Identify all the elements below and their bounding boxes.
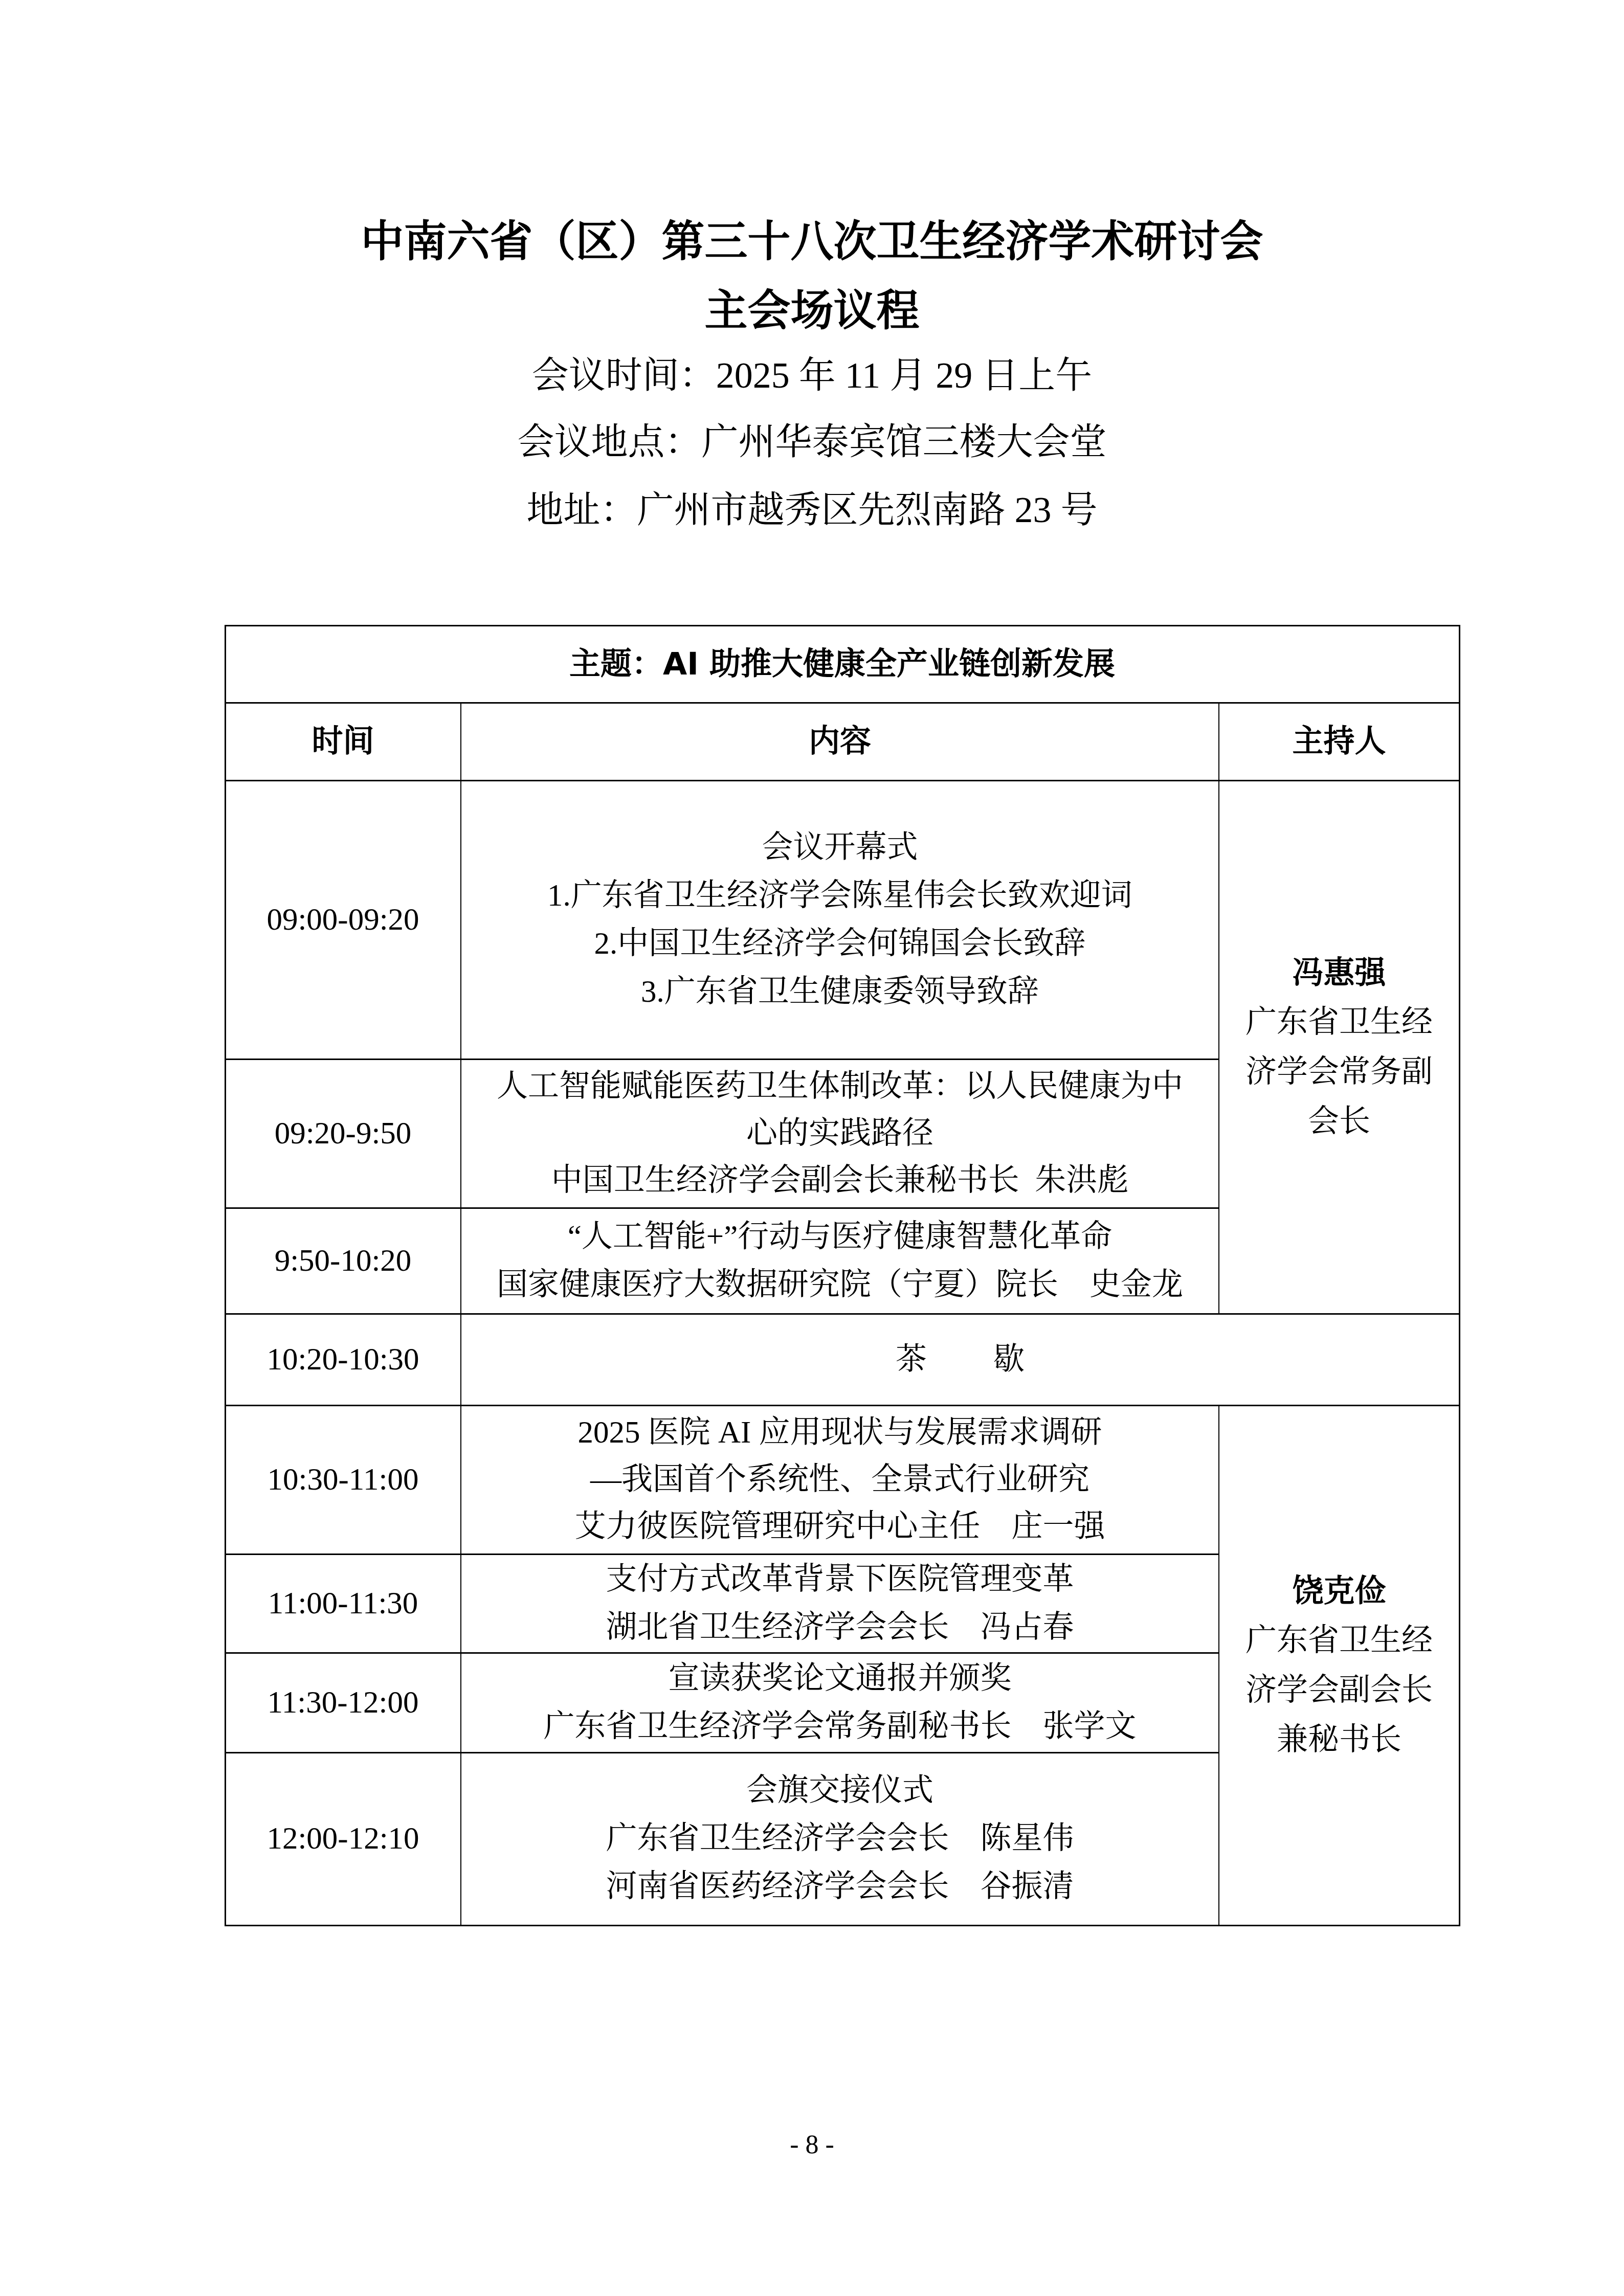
host-title: 广东省卫生经 [1245, 998, 1433, 1047]
meeting-time: 会议时间：2025 年 11 月 29 日上午 [0, 345, 1624, 398]
session-speaker: 国家健康医疗大数据研究院（宁夏）院长 史金龙 [497, 1261, 1183, 1309]
table-column-divider [1218, 703, 1219, 1314]
table-divider [225, 1207, 1219, 1209]
host-cell: 饶克俭 广东省卫生经 济学会副会长 兼秘书长 [1219, 1405, 1459, 1925]
time-slot: 09:00-09:20 [266, 896, 419, 944]
column-header-time: 时间 [225, 703, 461, 780]
table-divider [225, 1313, 1460, 1315]
tea-break-cell: 茶 歇 [461, 1314, 1459, 1405]
table-row-content: 人工智能赋能医药卫生体制改革：以人民健康为中 心的实践路径 中国卫生经济学会副会… [461, 1059, 1219, 1208]
table-row-content: 2025 医院 AI 应用现状与发展需求调研 —我国首个系统性、全景式行业研究 … [461, 1405, 1219, 1554]
host-cell: 冯惠强 广东省卫生经 济学会常务副 会长 [1219, 780, 1459, 1314]
table-divider [225, 1405, 1460, 1406]
session-item: 3.广东省卫生健康委领导致辞 [641, 968, 1039, 1016]
table-row-time: 9:50-10:20 [225, 1208, 461, 1314]
session-title: 2025 医院 AI 应用现状与发展需求调研 [577, 1409, 1102, 1456]
session-title: 会议开幕式 [762, 824, 918, 872]
tea-break-label: 歇 [993, 1336, 1025, 1384]
table-row-content: 支付方式改革背景下医院管理变革 湖北省卫生经济学会会长 冯占春 [461, 1554, 1219, 1653]
table-row-time: 10:20-10:30 [225, 1314, 461, 1405]
time-slot: 10:20-10:30 [266, 1336, 419, 1384]
session-title: 人工智能赋能医药卫生体制改革：以人民健康为中 [497, 1063, 1183, 1110]
table-theme: 主题：AI 助推大健康全产业链创新发展 [225, 625, 1459, 703]
meeting-venue: 会议地点：广州华泰宾馆三楼大会堂 [0, 412, 1624, 465]
document-title: 中南六省（区）第三十八次卫生经济学术研讨会 [0, 207, 1624, 269]
table-row-content: 会议开幕式 1.广东省卫生经济学会陈星伟会长致欢迎词 2.中国卫生经济学会何锦国… [461, 780, 1219, 1059]
table-row-content: 宣读获奖论文通报并颁奖 广东省卫生经济学会常务副秘书长 张学文 [461, 1653, 1219, 1752]
column-header-content-label: 内容 [809, 717, 871, 766]
column-header-host: 主持人 [1219, 703, 1459, 780]
table-border-top [225, 625, 1460, 626]
session-speaker: 河南省医药经济学会会长 谷振清 [606, 1863, 1074, 1911]
table-row-time: 11:00-11:30 [225, 1554, 461, 1653]
table-row-time: 10:30-11:00 [225, 1405, 461, 1554]
session-title: “人工智能+”行动与医疗健康智慧化革命 [568, 1213, 1113, 1261]
time-slot: 12:00-12:10 [266, 1815, 419, 1863]
session-title: 支付方式改革背景下医院管理变革 [606, 1556, 1074, 1604]
table-divider [225, 702, 1460, 704]
session-speaker: 广东省卫生经济学会会长 陈星伟 [606, 1815, 1074, 1863]
session-title: 宣读获奖论文通报并颁奖 [668, 1655, 1011, 1703]
theme-text: 主题：AI 助推大健康全产业链创新发展 [569, 640, 1115, 688]
host-title: 广东省卫生经 [1245, 1616, 1433, 1665]
host-name: 饶克俭 [1292, 1566, 1386, 1616]
table-divider [225, 1059, 1219, 1060]
time-slot: 9:50-10:20 [275, 1237, 412, 1285]
session-item: 2.中国卫生经济学会何锦国会长致辞 [594, 920, 1086, 968]
table-divider [225, 1554, 1219, 1555]
table-row-time: 11:30-12:00 [225, 1653, 461, 1752]
host-title: 会长 [1308, 1097, 1370, 1146]
session-title-continued: 心的实践路径 [746, 1110, 933, 1157]
table-divider [225, 780, 1460, 781]
session-subtitle: —我国首个系统性、全景式行业研究 [590, 1456, 1089, 1503]
table-divider [225, 1652, 1219, 1654]
session-speaker: 艾力彼医院管理研究中心主任 庄一强 [574, 1503, 1105, 1550]
host-name: 冯惠强 [1292, 948, 1386, 998]
table-border-left [225, 625, 226, 1926]
column-header-host-label: 主持人 [1292, 717, 1386, 766]
session-speaker: 中国卫生经济学会副会长兼秘书长 朱洪彪 [551, 1157, 1129, 1204]
session-title: 会旗交接仪式 [746, 1767, 933, 1815]
time-slot: 11:00-11:30 [268, 1580, 418, 1628]
host-title: 兼秘书长 [1277, 1715, 1401, 1765]
table-row-content: 会旗交接仪式 广东省卫生经济学会会长 陈星伟 河南省医药经济学会会长 谷振清 [461, 1752, 1219, 1925]
host-title: 济学会常务副 [1245, 1047, 1433, 1097]
session-speaker: 广东省卫生经济学会常务副秘书长 张学文 [543, 1703, 1136, 1751]
table-row-time: 12:00-12:10 [225, 1752, 461, 1925]
table-row-time: 09:00-09:20 [225, 780, 461, 1059]
table-column-divider [1218, 1405, 1219, 1926]
table-divider [225, 1752, 1219, 1753]
table-border-right [1459, 625, 1460, 1926]
table-row-time: 09:20-9:50 [225, 1059, 461, 1208]
tea-break-label: 茶 [896, 1336, 927, 1384]
time-slot: 10:30-11:00 [268, 1456, 419, 1504]
column-header-time-label: 时间 [312, 717, 374, 766]
session-speaker: 湖北省卫生经济学会会长 冯占春 [606, 1604, 1074, 1652]
meeting-address: 地址：广州市越秀区先烈南路 23 号 [0, 480, 1624, 533]
document-subtitle: 主会场议程 [0, 276, 1624, 338]
time-slot: 09:20-9:50 [275, 1110, 412, 1158]
time-slot: 11:30-12:00 [268, 1679, 419, 1727]
page-number: - 8 - [0, 2130, 1624, 2160]
column-header-content: 内容 [461, 703, 1219, 780]
table-column-divider [460, 703, 461, 1926]
session-item: 1.广东省卫生经济学会陈星伟会长致欢迎词 [547, 872, 1132, 920]
table-row-content: “人工智能+”行动与医疗健康智慧化革命 国家健康医疗大数据研究院（宁夏）院长 史… [461, 1208, 1219, 1314]
host-title: 济学会副会长 [1245, 1665, 1433, 1715]
table-border-bottom [225, 1925, 1460, 1926]
